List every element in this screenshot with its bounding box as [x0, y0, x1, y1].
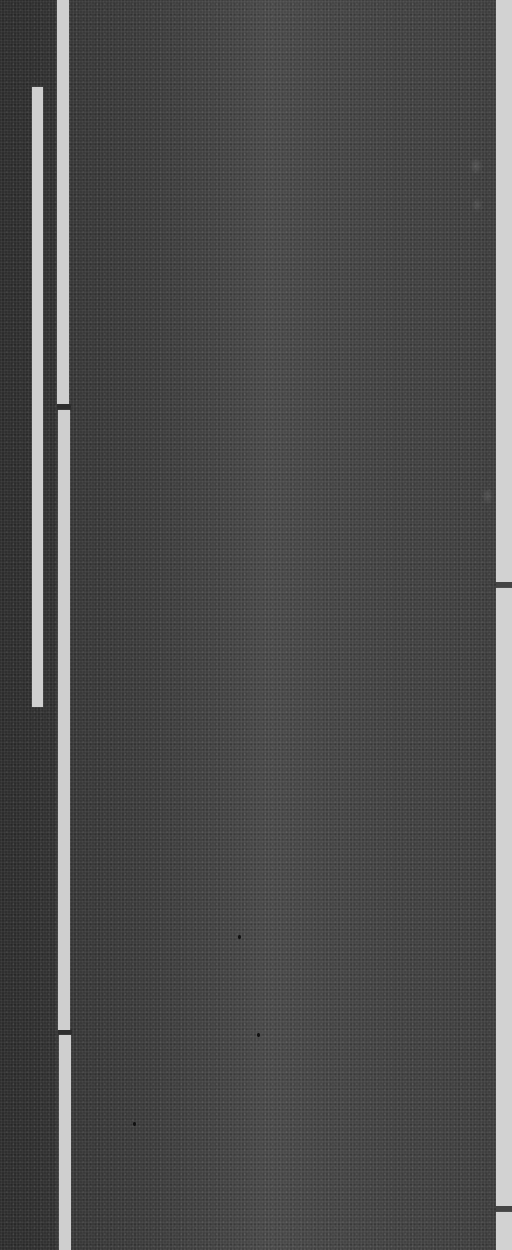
surface-stain — [484, 490, 491, 502]
road-shoulder — [0, 0, 56, 1250]
surface-stain — [472, 160, 480, 172]
asphalt-texture — [0, 0, 512, 1250]
surface-speck — [238, 935, 241, 939]
surface-speck — [133, 1122, 136, 1126]
surface-stain — [474, 200, 480, 210]
lane-line-segment-3 — [59, 1035, 71, 1250]
lane-line-segment-1 — [57, 0, 69, 404]
edge-line-segment-1 — [496, 0, 512, 582]
edge-line-segment-3 — [496, 1212, 512, 1250]
road-surface — [0, 0, 512, 1250]
inner-lane-line — [32, 87, 43, 707]
lane-line-segment-2 — [58, 410, 70, 1030]
surface-speck — [257, 1033, 260, 1037]
edge-line-segment-2 — [496, 588, 512, 1206]
